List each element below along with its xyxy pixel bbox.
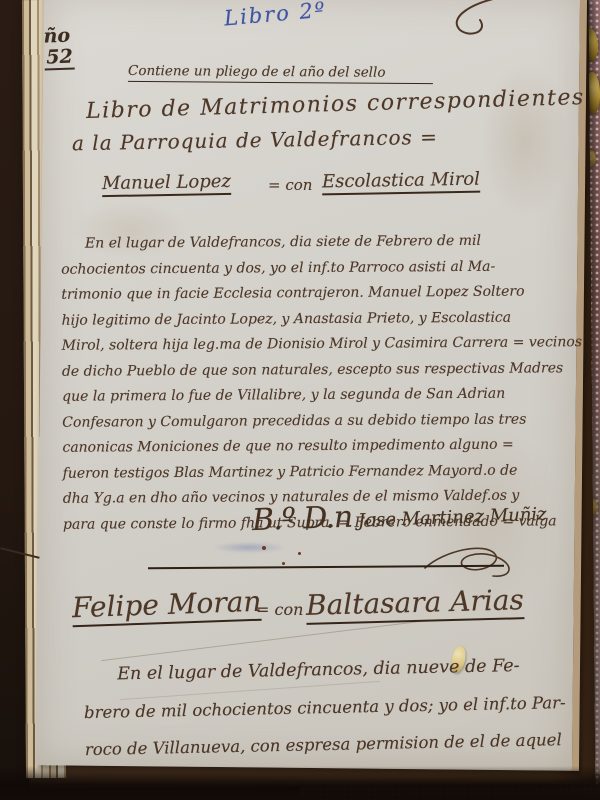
entry2-record-text: En el lugar de Valdefrancos, dia nueve d… (83, 647, 575, 768)
pliego-note-text: Contiene un pliego de el año del sello (128, 63, 434, 84)
manuscript-photo: Libro 2º ño 52 Contiene un pliego de el … (0, 0, 600, 800)
signature-rubric-icon (415, 532, 525, 584)
page-corner-flourish-icon (430, 0, 550, 48)
record-line: de dicho Pueblo de que son naturales, es… (62, 356, 568, 385)
signature-prefix: B.º D.n (251, 500, 352, 538)
record-line: canonicas Moniciones de que no resulto i… (62, 432, 568, 461)
record-line: trimonio que in facie Ecclesia contrajer… (61, 279, 567, 308)
photo-shadow (0, 766, 600, 800)
entry2-heading-separator: = con (256, 600, 303, 619)
entry2-groom-name: Felipe Moran (71, 585, 261, 625)
corner-year-line1: ño (43, 25, 74, 47)
record-line: fueron testigos Blas Martinez y Patricio… (63, 458, 569, 487)
record-line: hijo legitimo de Jacinto Lopez, y Anasta… (61, 305, 567, 334)
signature-name: Jose Martinez Muñiz (358, 504, 547, 532)
record-line: Mirol, soltera hija leg.ma de Dionisio M… (62, 330, 568, 359)
entry1-bride-name: Escolastica Mirol (322, 169, 480, 193)
record-line: En el lugar de Valdefrancos, dia siete d… (61, 228, 567, 257)
entry1-record-text: En el lugar de Valdefrancos, dia siete d… (61, 228, 569, 538)
pliego-note: Contiene un pliego de el año del sello (128, 63, 434, 84)
faint-blue-stamp (212, 542, 286, 553)
entry2-bride-name: Baltasara Arias (306, 583, 525, 622)
record-line: ochocientos cincuenta y dos, yo el inf.t… (61, 254, 567, 283)
corner-year-line2: 52 (44, 46, 75, 70)
entry1-groom-name: Manuel Lopez (102, 171, 231, 194)
entry1-heading-separator: = con (268, 176, 312, 194)
record-line: que la primera lo fue de Villalibre, y l… (62, 381, 568, 410)
record-line: Confesaron y Comulgaron precedidas a su … (62, 407, 568, 436)
corner-year-note: ño 52 (43, 25, 75, 70)
